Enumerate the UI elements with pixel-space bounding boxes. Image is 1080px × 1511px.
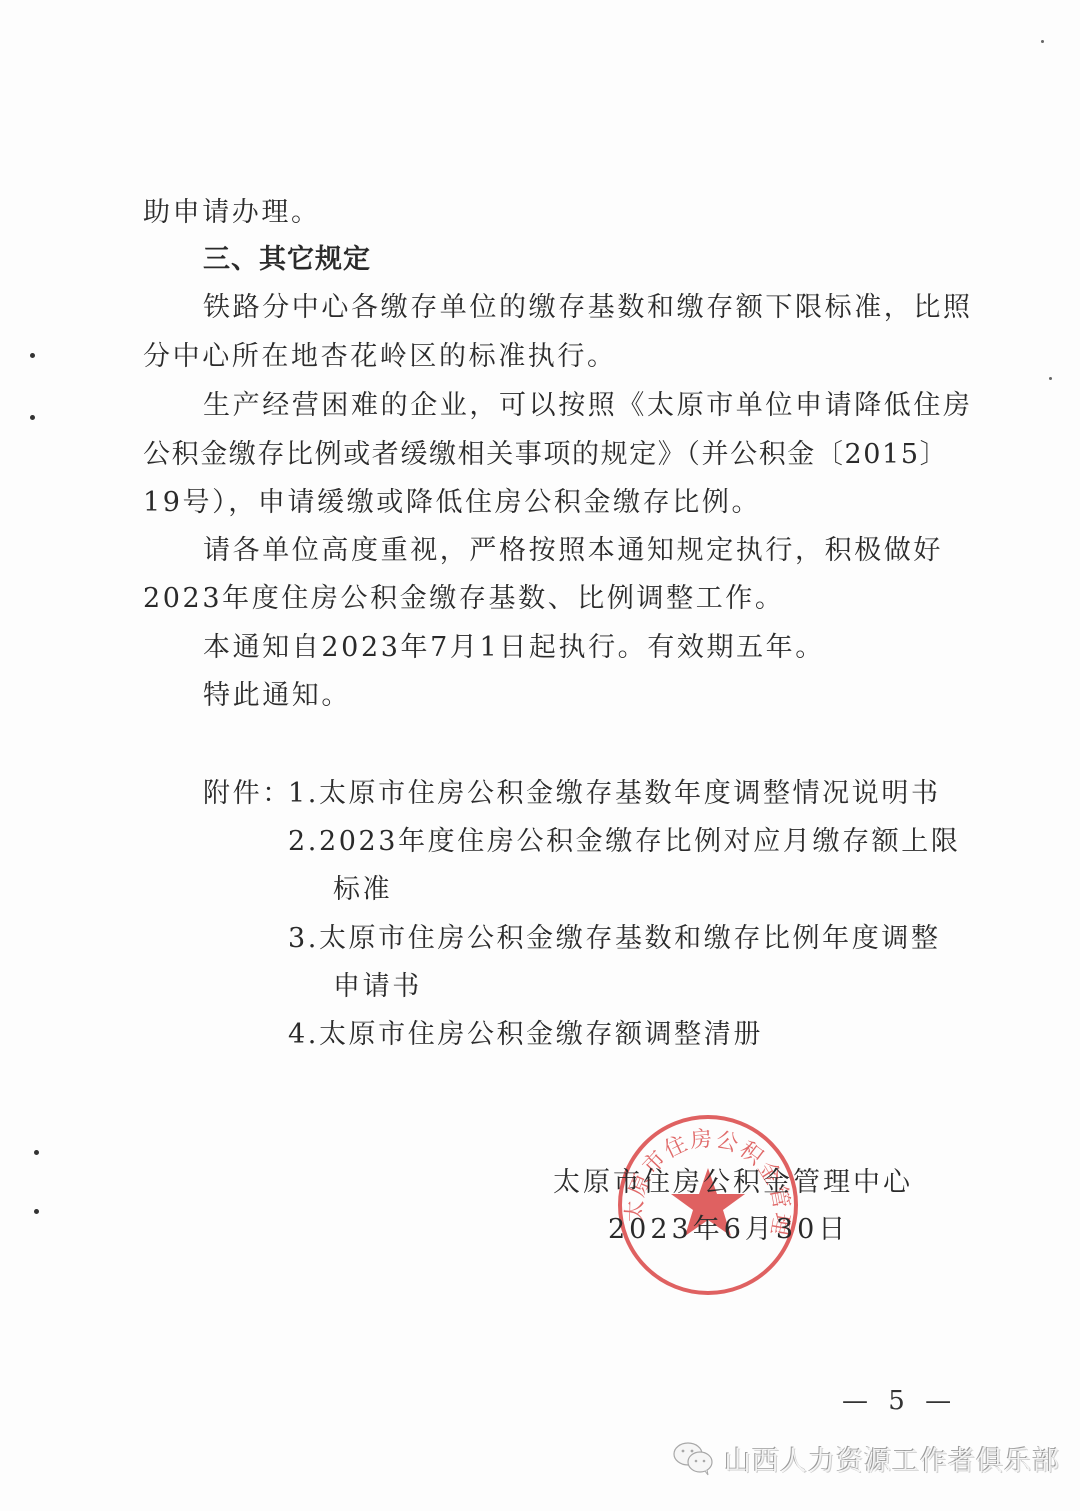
scan-speck [30,415,35,420]
attachment-item-continuation: 申请书 [333,970,422,1004]
body-line: 2023年度住房公积金缴存基数、比例调整工作。 [143,582,785,616]
body-line: 19号），申请缓缴或降低住房公积金缴存比例。 [143,486,761,520]
attachments-label: 附件： [203,777,292,811]
scan-speck [1041,40,1044,43]
wechat-icon [672,1440,716,1476]
scan-speck [34,1209,39,1214]
official-seal: 太原市住房公积金管理中心 [615,1112,801,1298]
body-line: 本通知自2023年7月1日起执行。有效期五年。 [203,631,825,665]
attachment-item: 1.太原市住房公积金缴存基数年度调整情况说明书 [288,777,941,811]
document-page: 助申请办理。 三、其它规定 铁路分中心各缴存单位的缴存基数和缴存额下限标准，比照… [0,0,1080,1511]
section-heading: 三、其它规定 [203,243,371,277]
attachment-item: 2.2023年度住房公积金缴存比例对应月缴存额上限 [288,825,960,859]
scan-speck [1049,377,1052,380]
body-line: 公积金缴存比例或者缓缴相关事项的规定》（并公积金〔2015〕 [143,438,948,472]
body-line: 铁路分中心各缴存单位的缴存基数和缴存额下限标准，比照 [203,291,973,325]
body-line: 请各单位高度重视，严格按照本通知规定执行，积极做好 [203,534,943,568]
scan-speck [34,1150,39,1155]
signing-organization: 太原市住房公积金管理中心 [553,1166,913,1200]
body-line: 分中心所在地杏花岭区的标准执行。 [143,340,617,374]
body-line: 特此通知。 [203,679,351,713]
attachment-item: 3.太原市住房公积金缴存基数和缴存比例年度调整 [288,922,941,956]
body-line: 助申请办理。 [143,196,321,230]
attachment-item: 4.太原市住房公积金缴存额调整清册 [288,1018,763,1052]
signing-date: 2023年6月30日 [608,1213,849,1247]
scan-speck [30,353,35,358]
wechat-watermark: 山西人力资源工作者俱乐部 [672,1438,1060,1478]
attachment-item-continuation: 标准 [333,873,392,907]
page-number: — 5 — [842,1386,957,1416]
body-line: 生产经营困难的企业，可以按照《太原市单位申请降低住房 [203,389,973,423]
watermark-text: 山西人力资源工作者俱乐部 [724,1439,1060,1478]
